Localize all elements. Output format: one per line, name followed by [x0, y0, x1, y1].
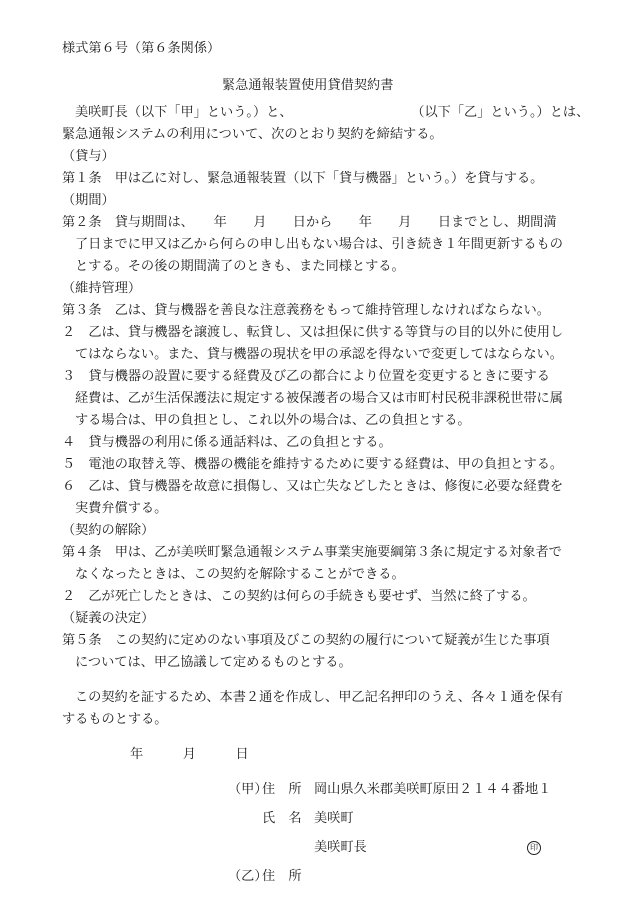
date-line: 年 月 日 [130, 747, 249, 763]
article-line: ２ 乙が死亡したときは、この契約は何らの手続きも要せず、当然に終了する。 [62, 589, 536, 605]
article-line: とする。その後の期間満了のときも、また同様とする。 [75, 259, 405, 275]
form-label: 様式第６号（第６条関係） [62, 41, 220, 57]
party-a-address: 岡山県久米郡美咲町原田２１４４番地１ [314, 782, 551, 798]
article-line: 了日までに甲又は乙から何らの申し出もない場合は、引き続き１年間更新するもの [75, 237, 563, 253]
article-heading: （維持管理） [62, 281, 141, 297]
party-a-title: 美咲町長 [314, 840, 367, 856]
article-line: ２ 乙は、貸与機器を譲渡し、転貸し、又は担保に供する等貸与の目的以外に使用し [62, 325, 563, 341]
seal-icon: 印 [527, 841, 541, 855]
article-line: 第５条 この契約に定めのない事項及びこの契約の履行について疑義が生じた事項 [62, 633, 550, 649]
name-label: 氏 名 [262, 811, 302, 827]
article-line: ５ 電池の取替え等、機器の機能を維持するために要する経費は、甲の負担とする。 [62, 457, 563, 473]
article-line: 第３条 乙は、貸与機器を善良な注意義務をもって維持管理しなければならない。 [62, 303, 550, 319]
preamble-line: 緊急通報システムの利用について、次のとおり契約を締結する。 [62, 127, 443, 143]
article-line: ６ 乙は、貸与機器を故意に損傷し、又は亡失などしたときは、修復に必要な経費を [62, 479, 563, 495]
article-line: なくなったときは、この契約を解除することができる。 [75, 567, 405, 583]
address-label: 住 所 [262, 869, 302, 885]
closing-line: するものとする。 [62, 712, 168, 728]
article-line: 第１条 甲は乙に対し、緊急通報装置（以下「貸与機器」という。）を貸与する。 [62, 171, 543, 187]
article-line: 実費弁償する。 [75, 501, 167, 517]
article-heading: （期間） [62, 193, 115, 209]
preamble-line: 美咲町長（以下「甲」という。）と、 （以下「乙」という。）とは、 [62, 105, 589, 121]
address-label: 住 所 [262, 782, 302, 798]
article-line: ３ 貸与機器の設置に要する経費及び乙の都合により位置を変更するときに要する [62, 369, 550, 385]
article-line: 第４条 甲は、乙が美咲町緊急通報システム事業実施要綱第３条に規定する対象者で [62, 545, 562, 561]
article-line: てはならない。また、貸与機器の現状を甲の承認を得ないで変更してはならない。 [75, 347, 563, 363]
article-line: ４ 貸与機器の利用に係る通話料は、乙の負担とする。 [62, 435, 392, 451]
closing-line: この契約を証するため、本書２通を作成し、甲乙記名押印のうえ、各々１通を保有 [75, 690, 563, 706]
article-line: 第２条 貸与期間は、 年 月 日から 年 月 日までとし、期間満 [62, 215, 557, 231]
document-title: 緊急通報装置使用貸借契約書 [222, 78, 393, 94]
article-line: 経費は、乙が生活保護法に規定する被保護者の場合又は市町村民税非課税世帯に属 [75, 391, 563, 407]
article-heading: （貸与） [62, 149, 115, 165]
article-heading: （疑義の決定） [62, 611, 154, 627]
party-a-name: 美咲町 [314, 811, 354, 827]
article-heading: （契約の解除） [62, 523, 154, 539]
article-line: については、甲乙協議して定めるものとする。 [75, 655, 352, 671]
article-line: する場合は、甲の負担とし、これ以外の場合は、乙の負担とする。 [75, 413, 471, 429]
